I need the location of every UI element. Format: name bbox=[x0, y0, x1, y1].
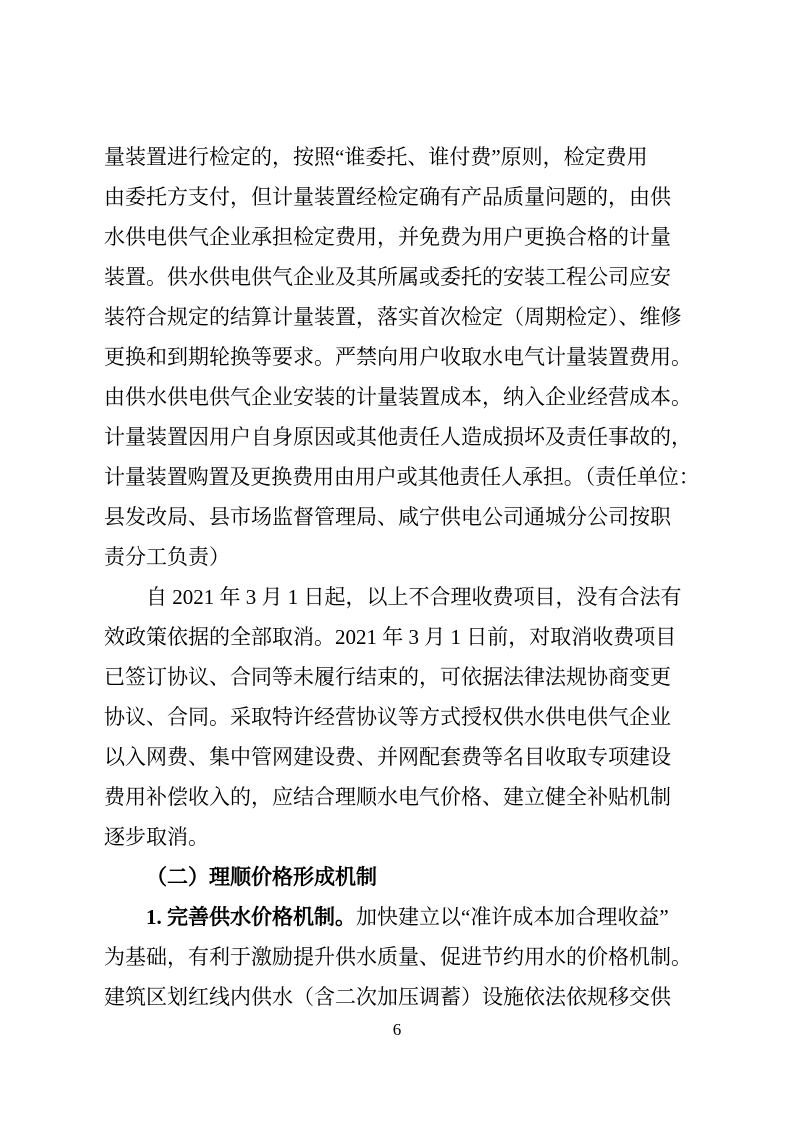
text-segment: 装置。供水供电供气企业及其所属或委托的安装工程公司应安 bbox=[104, 265, 671, 289]
text-segment: 水供电供气企业承担检定费用，并免费为用户更换合格的计量 bbox=[104, 225, 671, 249]
text-line: 量装置进行检定的，按照“谁委托、谁付费”原则，检定费用 bbox=[104, 137, 700, 177]
text-segment: 由供水供电供气企业安装的计量装置成本，纳入企业经营成本。 bbox=[104, 385, 692, 409]
text-segment: 建筑区划红线内供水（含二次加压调蓄）设施依法依规移交供 bbox=[104, 985, 671, 1009]
text-segment: 装符合规定的结算计量装置，落实首次检定（周期检定）、维修 bbox=[104, 305, 682, 329]
text-line: 更换和到期轮换等要求。严禁向用户收取水电气计量装置费用。 bbox=[104, 337, 700, 377]
page-number: 6 bbox=[0, 1019, 794, 1041]
text-segment: 县发改局、县市场监督管理局、咸宁供电公司通城分公司按职 bbox=[104, 505, 671, 529]
text-line: 水供电供气企业承担检定费用，并免费为用户更换合格的计量 bbox=[104, 217, 700, 257]
text-segment: 为基础，有利于激励提升供水质量、促进节约用水的价格机制。 bbox=[104, 945, 692, 969]
text-segment: 以入网费、集中管网建设费、并网配套费等名目收取专项建设 bbox=[104, 745, 671, 769]
text-line: 装符合规定的结算计量装置，落实首次检定（周期检定）、维修 bbox=[104, 297, 700, 337]
document-body: 量装置进行检定的，按照“谁委托、谁付费”原则，检定费用由委托方支付，但计量装置经… bbox=[104, 137, 700, 1017]
text-segment: 更换和到期轮换等要求。严禁向用户收取水电气计量装置费用。 bbox=[104, 345, 692, 369]
text-line: 费用补偿收入的，应结合理顺水电气价格、建立健全补贴机制 bbox=[104, 777, 700, 817]
text-segment: 自 2021 年 3 月 1 日起，以上不合理收费项目，没有合法有 bbox=[146, 585, 682, 609]
text-segment: 协议、合同。采取特许经营协议等方式授权供水供电供气企业 bbox=[104, 705, 671, 729]
text-line: 县发改局、县市场监督管理局、咸宁供电公司通城分公司按职 bbox=[104, 497, 700, 537]
text-segment: 加快建立以“准许成本加合理收益” bbox=[356, 905, 669, 929]
document-page: 量装置进行检定的，按照“谁委托、谁付费”原则，检定费用由委托方支付，但计量装置经… bbox=[0, 0, 794, 1123]
text-line: （二）理顺价格形成机制 bbox=[104, 857, 700, 897]
text-line: 协议、合同。采取特许经营协议等方式授权供水供电供气企业 bbox=[104, 697, 700, 737]
text-line: 计量装置因用户自身原因或其他责任人造成损坏及责任事故的， bbox=[104, 417, 700, 457]
text-segment: 责分工负责） bbox=[104, 545, 230, 569]
text-line: 为基础，有利于激励提升供水质量、促进节约用水的价格机制。 bbox=[104, 937, 700, 977]
text-line: 自 2021 年 3 月 1 日起，以上不合理收费项目，没有合法有 bbox=[104, 577, 700, 617]
text-line: 建筑区划红线内供水（含二次加压调蓄）设施依法依规移交供 bbox=[104, 977, 700, 1017]
text-line: 已签订协议、合同等未履行结束的，可依据法律法规协商变更 bbox=[104, 657, 700, 697]
text-segment: 计量装置购置及更换费用由用户或其他责任人承担。（责任单位： bbox=[104, 465, 700, 489]
text-segment: 已签订协议、合同等未履行结束的，可依据法律法规协商变更 bbox=[104, 665, 671, 689]
text-line: 由供水供电供气企业安装的计量装置成本，纳入企业经营成本。 bbox=[104, 377, 700, 417]
text-segment: 量装置进行检定的，按照“谁委托、谁付费”原则，检定费用 bbox=[104, 145, 648, 169]
text-segment: 1. 完善供水价格机制。 bbox=[146, 905, 356, 929]
text-line: 1. 完善供水价格机制。加快建立以“准许成本加合理收益” bbox=[104, 897, 700, 937]
text-line: 装置。供水供电供气企业及其所属或委托的安装工程公司应安 bbox=[104, 257, 700, 297]
text-line: 效政策依据的全部取消。2021 年 3 月 1 日前，对取消收费项目 bbox=[104, 617, 700, 657]
text-segment: 费用补偿收入的，应结合理顺水电气价格、建立健全补贴机制 bbox=[104, 785, 671, 809]
text-line: 计量装置购置及更换费用由用户或其他责任人承担。（责任单位： bbox=[104, 457, 700, 497]
text-line: 以入网费、集中管网建设费、并网配套费等名目收取专项建设 bbox=[104, 737, 700, 777]
text-line: 由委托方支付，但计量装置经检定确有产品质量问题的，由供 bbox=[104, 177, 700, 217]
text-segment: （二）理顺价格形成机制 bbox=[146, 865, 377, 889]
text-segment: 计量装置因用户自身原因或其他责任人造成损坏及责任事故的， bbox=[104, 425, 692, 449]
text-segment: 效政策依据的全部取消。2021 年 3 月 1 日前，对取消收费项目 bbox=[104, 625, 676, 649]
text-line: 逐步取消。 bbox=[104, 817, 700, 857]
text-segment: 逐步取消。 bbox=[104, 825, 209, 849]
text-line: 责分工负责） bbox=[104, 537, 700, 577]
text-segment: 由委托方支付，但计量装置经检定确有产品质量问题的，由供 bbox=[104, 185, 671, 209]
